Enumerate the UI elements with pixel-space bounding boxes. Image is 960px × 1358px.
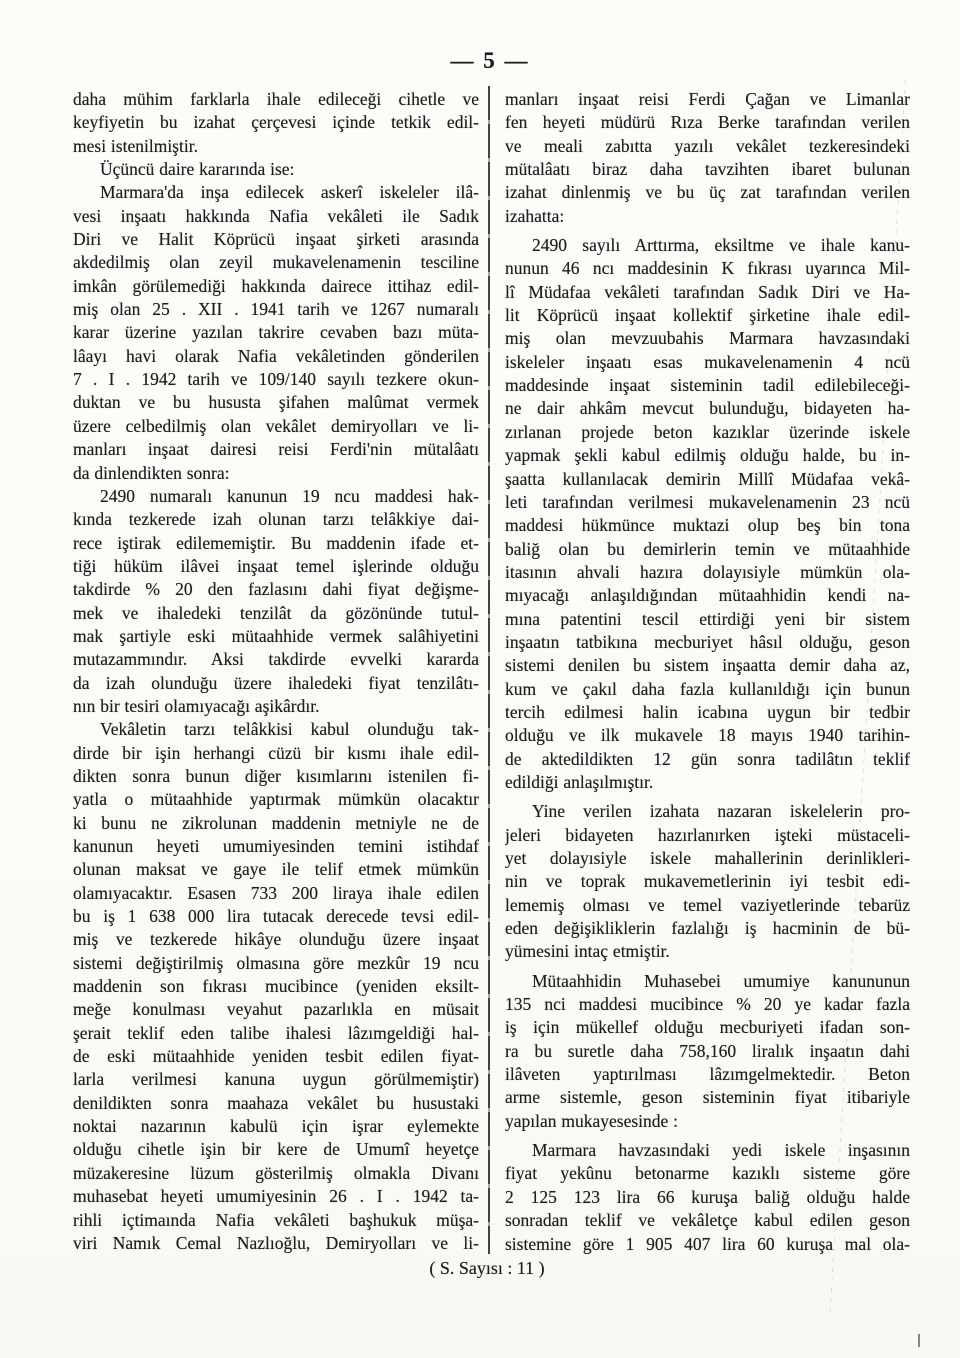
- text-line: daha mühim farklarla ihale edileceği cih…: [73, 88, 479, 111]
- text-line: karar üzerine yazılan takrire cevaben ba…: [73, 321, 479, 344]
- text-line: baliğ olan bu demirlerin temin ve mütaah…: [505, 538, 910, 561]
- text-line: şaatta kullanılacak demirin Millî Müdafa…: [505, 468, 910, 491]
- text-line: imkân görülemediği hakkında dairece itti…: [73, 275, 479, 298]
- text-line: Marmara'da inşa edilecek askerî iskelele…: [73, 181, 479, 204]
- text-line: ne dair ahkâm mevcut bulunduğu, bidayete…: [505, 397, 910, 420]
- text-line: maddesinde inşaat sisteminin tadil edile…: [505, 374, 910, 397]
- text-line: olunan maksat ve gaye ile telif etmek mü…: [73, 858, 479, 881]
- text-line: de aktedildikten 12 gün sonra tadilâtın …: [505, 748, 910, 771]
- text-line: Diri ve Halit Köprücü inşaat şirketi ara…: [73, 228, 479, 251]
- text-line: yümesini intaç etmiştir.: [505, 940, 910, 963]
- text-line: şerait teklif eden talibe ihalesi lâzımg…: [73, 1022, 479, 1045]
- text-line: yet dolayısiyle iskele mahallerinin deri…: [505, 847, 910, 870]
- text-line: yatla o mütaahhide yaptırmak mümkün olac…: [73, 788, 479, 811]
- paragraph: daha mühim farklarla ihale edileceği cih…: [73, 88, 479, 158]
- text-line: manları inşaat reisi Ferdi Çağan ve Lima…: [505, 88, 910, 111]
- text-line: fiyat yekûnu betonarme kazıklı sisteme g…: [505, 1162, 910, 1185]
- text-line: 7 . I . 1942 tarih ve 109/140 sayılı tez…: [73, 368, 479, 391]
- text-line: kum ve çakıl daha fazla kullanıldığı içi…: [505, 678, 910, 701]
- text-line: olduğu cihetle işin bir kere de Umumî he…: [73, 1138, 479, 1161]
- text-line: itasının ahvali hazıra dolayısiyle mümkü…: [505, 561, 910, 584]
- text-line: 2490 numaralı kanunun 19 ncu maddesi hak…: [73, 485, 479, 508]
- text-line: zırlanan projede beton kazıklar üzerinde…: [505, 421, 910, 444]
- text-line: tercih edilmesi halin icabına uygun bir …: [505, 701, 910, 724]
- text-line: mesi istenilmiştir.: [73, 135, 479, 158]
- text-line: nın bir tesiri olamıyacağı aşikârdır.: [73, 695, 479, 718]
- text-line: eden değişikliklerin fazlalığı iş hacmin…: [505, 917, 910, 940]
- text-line: sistemi denilen bu sistem inşaatta demir…: [505, 654, 910, 677]
- text-line: edildiği anlaşılmıştır.: [505, 771, 910, 794]
- text-line: denildikten sonra maahaza vekâlet bu hus…: [73, 1092, 479, 1115]
- text-line: kanunun heyeti umumiyesinden temini isti…: [73, 835, 479, 858]
- text-line: lememiş olması ve temel vaziyetlerinde t…: [505, 894, 910, 917]
- text-line: larla verilmesi kanuna uygun görülmemişt…: [73, 1068, 479, 1091]
- text-line: maddesi hükmünce muktazi olup beş bin to…: [505, 514, 910, 537]
- text-line: iş için mükellef olduğu mecburiyeti ifad…: [505, 1016, 910, 1039]
- text-line: arme sistemle, geson sisteminin fiyat it…: [505, 1086, 910, 1109]
- text-line: izahat dinlenmiş ve bu üç zat tarafından…: [505, 181, 910, 204]
- text-line: olamıyacaktır. Esasen 733 200 liraya iha…: [73, 882, 479, 905]
- text-line: vesi inşaatı hakkında Nafia vekâleti ile…: [73, 205, 479, 228]
- text-line: Marmara havzasındaki yedi iskele inşasın…: [505, 1139, 910, 1162]
- text-line: rihli içtimaında Nafia vekâleti başhukuk…: [73, 1209, 479, 1232]
- text-line: sistemine göre 1 905 407 lira 60 kuruşa …: [505, 1233, 910, 1256]
- right-text-column: manları inşaat reisi Ferdi Çağan ve Lima…: [505, 88, 910, 1256]
- text-line: jeleri bidayeten hazırlanırken işteki mü…: [505, 824, 910, 847]
- text-line: akdedilmiş olan zeyil mukavelenamenin te…: [73, 251, 479, 274]
- text-line: manları inşaat dairesi reisi Ferdi'nin m…: [73, 438, 479, 461]
- text-line: da dinlendikten sonra:: [73, 462, 479, 485]
- text-line: üzere celbedilmiş olan vekâlet demiryoll…: [73, 415, 479, 438]
- text-line: nin ve toprak mukavemetlerinin iyi tesbi…: [505, 870, 910, 893]
- text-line: mutazammındır. Aksi takdirde evvelki kar…: [73, 648, 479, 671]
- text-line: muhasebat heyeti umumiyesinin 26 . I . 1…: [73, 1185, 479, 1208]
- text-line: maddenin son fıkrası mucibince (yeniden …: [73, 975, 479, 998]
- text-line: viri Namık Cemal Nazlıoğlu, Demiryolları…: [73, 1232, 479, 1255]
- text-line: izahatta:: [505, 205, 910, 228]
- footer-serial-label: ( S. Sayısı : 11 ): [429, 1258, 544, 1279]
- text-line: kında tezkerede izah olunan tarzı telâkk…: [73, 508, 479, 531]
- text-line: da izah olunduğu üzere ihaledeki fiyat t…: [73, 672, 479, 695]
- text-line: takdirde % 20 den fazlasını dahi fiyat d…: [73, 578, 479, 601]
- text-line: sonradan teklif ve vekâletçe kabul edile…: [505, 1209, 910, 1232]
- paragraph: manları inşaat reisi Ferdi Çağan ve Lima…: [505, 88, 910, 228]
- text-line: olduğu ve ilk mukavele 18 mayıs 1940 tar…: [505, 724, 910, 747]
- document-page: — 5 — daha mühim farklarla ihale edilece…: [0, 0, 960, 1358]
- text-line: leti tarafından verilmesi mukavelenameni…: [505, 491, 910, 514]
- text-line: inşaatın tatbikına mecburiyet hâsıl oldu…: [505, 631, 910, 654]
- text-line: duktan ve bu hususta şifahen malûmat ver…: [73, 391, 479, 414]
- text-line: noktai nazarının kabulü için işrar eylem…: [73, 1115, 479, 1138]
- text-line: nunun 46 ncı maddesinin K fıkrası uyarın…: [505, 257, 910, 280]
- text-line: mına patentini tescil ettirdiği yeni bir…: [505, 608, 910, 631]
- text-line: müzakeresine lüzum gösterilmiş olmakla D…: [73, 1162, 479, 1185]
- left-text-column: daha mühim farklarla ihale edileceği cih…: [73, 88, 479, 1255]
- text-line: de eski mütaahhide yeniden tesbit edilen…: [73, 1045, 479, 1068]
- text-line: meğe konulması veyahut pazarlıkla en müs…: [73, 998, 479, 1021]
- paragraph: Yine verilen izahata nazaran iskelelerin…: [505, 800, 910, 963]
- text-line: Üçüncü daire kararında ise:: [73, 158, 479, 181]
- text-line: Yine verilen izahata nazaran iskelelerin…: [505, 800, 910, 823]
- paragraph: 2490 numaralı kanunun 19 ncu maddesi hak…: [73, 485, 479, 718]
- text-line: rece iştirak edilememiştir. Bu maddenin …: [73, 532, 479, 555]
- text-line: mek ve ihaledeki tenzilât da gözönünde t…: [73, 602, 479, 625]
- text-line: dirde bir işin herhangi cüzü bir kısmı i…: [73, 742, 479, 765]
- text-line: mak şartiyle eski mütaahhide vermek salâ…: [73, 625, 479, 648]
- paragraph: Marmara'da inşa edilecek askerî iskelele…: [73, 181, 479, 484]
- text-line: ve meali zabıtta yazılı vekâlet tezkeres…: [505, 135, 910, 158]
- text-line: yapılan mukayesesinde :: [505, 1110, 910, 1133]
- text-line: tiği hüküm ilâvei inşaat temel işlerinde…: [73, 555, 479, 578]
- text-line: bu iş 1 638 000 lira tutacak derecede te…: [73, 905, 479, 928]
- text-line: 2490 sayılı Arttırma, eksiltme ve ihale …: [505, 234, 910, 257]
- text-line: iskeleler inşaatı esas mukavelenamenin 4…: [505, 351, 910, 374]
- text-line: ki bunu ne zikrolunan maddenin metniyle …: [73, 812, 479, 835]
- text-line: mıyacağı anlaşıldığından mütaahhidin ken…: [505, 584, 910, 607]
- text-line: miş ve tezkerede hikâye olunduğu üzere i…: [73, 928, 479, 951]
- text-line: Vekâletin tarzı telâkkisi kabul olunduğu…: [73, 718, 479, 741]
- paragraph: 2490 sayılı Arttırma, eksiltme ve ihale …: [505, 234, 910, 794]
- text-line: dikten sonra bunun diğer kısımlarını ist…: [73, 765, 479, 788]
- text-line: lî Müdafaa vekâleti tarafından Sadık Dir…: [505, 281, 910, 304]
- text-line: yapmak şekli kabul edilmiş olduğu halde,…: [505, 444, 910, 467]
- column-divider-rule: [488, 86, 490, 1254]
- paragraph: Üçüncü daire kararında ise:: [73, 158, 479, 181]
- text-line: ra bu suretle daha 758,160 liralık inşaa…: [505, 1040, 910, 1063]
- paragraph: Vekâletin tarzı telâkkisi kabul olunduğu…: [73, 718, 479, 1255]
- page-number: — 5 —: [451, 48, 530, 74]
- text-line: keyfiyetin bu izahat çerçevesi içinde te…: [73, 111, 479, 134]
- text-line: mütalâatı biraz daha tavzihten ibaret bu…: [505, 158, 910, 181]
- text-line: lit Köprücü inşaat kollektif şirketine i…: [505, 304, 910, 327]
- paragraph: Marmara havzasındaki yedi iskele inşasın…: [505, 1139, 910, 1256]
- text-line: 2 125 123 lira 66 kuruşa baliğ olduğu ha…: [505, 1186, 910, 1209]
- text-line: ilâveten yaptırılması lâzımgelmektedir. …: [505, 1063, 910, 1086]
- text-line: sistemi değiştirilmiş olmasına göre mezk…: [73, 952, 479, 975]
- text-line: lâayı havi olarak Nafia vekâletinden gön…: [73, 345, 479, 368]
- text-line: miş olan mevzuubahis Marmara havzasındak…: [505, 327, 910, 350]
- text-line: miş olan 25 . XII . 1941 tarih ve 1267 n…: [73, 298, 479, 321]
- text-line: fen heyeti müdürü Rıza Berke tarafından …: [505, 111, 910, 134]
- scan-speck-artifact: [918, 1334, 920, 1347]
